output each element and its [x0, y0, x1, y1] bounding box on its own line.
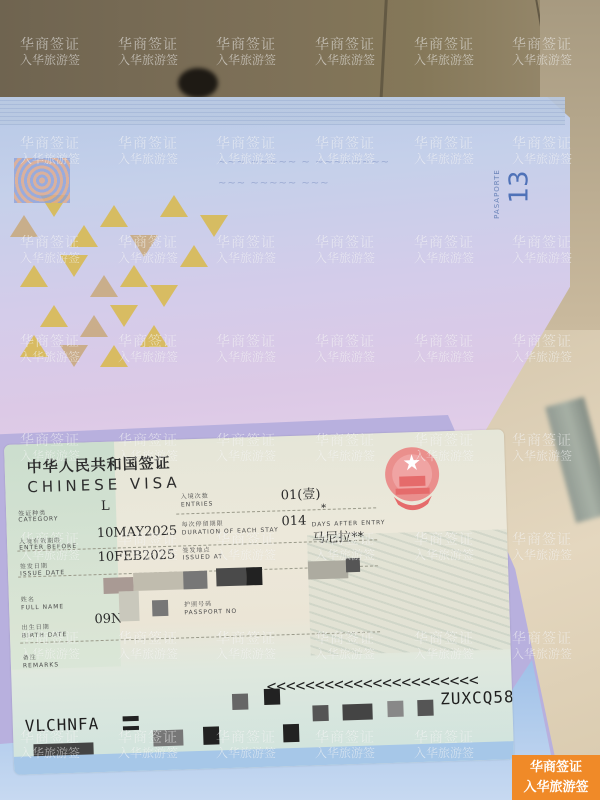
full-name-label: 姓名 — [21, 594, 35, 603]
redacted-block — [119, 591, 140, 622]
pattern-triangle — [110, 305, 138, 327]
national-emblem-icon — [382, 443, 442, 513]
mrz-line-2-start: VLCHNFA — [25, 714, 100, 735]
duration-value: 014 — [281, 514, 306, 530]
pattern-triangle — [100, 205, 128, 227]
passport-no-label: 护照号码 — [184, 599, 212, 609]
duration-label: 每次停留期限 — [181, 518, 223, 528]
category-label-en: CATEGORY — [18, 515, 58, 523]
redacted-block — [203, 726, 220, 744]
brand-badge-line2: 入华旅游签 — [512, 778, 600, 798]
redacted-block — [308, 560, 349, 579]
page-number: 13 — [505, 170, 535, 203]
redacted-block — [152, 600, 168, 616]
photo-scene: ~~~ ~~~~~ ~ ~~~~~~~~ ~~~ ~~~~~ ~~~ PASAP… — [0, 0, 600, 800]
redacted-block — [153, 730, 183, 747]
pattern-triangle — [70, 225, 98, 247]
redacted-block — [417, 700, 433, 716]
pattern-triangle — [10, 215, 38, 237]
entries-label: 入境次数 — [181, 491, 209, 501]
pattern-triangle — [100, 345, 128, 367]
page-number-label: PASAPORTE — [493, 169, 501, 219]
birth-date-label-en: BIRTH DATE — [22, 631, 68, 639]
pattern-triangle — [90, 275, 118, 297]
category-value: L — [101, 499, 110, 514]
enter-before-value: 10MAY2025 — [97, 524, 178, 542]
brand-badge-line1: 华商签证 — [512, 758, 600, 778]
redacted-block — [342, 704, 372, 721]
redacted-block — [387, 701, 403, 717]
redacted-block — [123, 726, 139, 731]
pattern-triangle — [20, 335, 48, 357]
pattern-triangle — [20, 265, 48, 287]
mrz-line-2-end: ZUXCQ58 — [440, 687, 514, 708]
full-name-label-en: FULL NAME — [21, 603, 64, 611]
hologram-icon — [14, 158, 70, 203]
redacted-block — [246, 567, 263, 585]
page-faint-text: ~~~ ~~~~~ ~~~ — [218, 178, 330, 189]
redacted-block — [123, 716, 139, 722]
pattern-triangle — [80, 315, 108, 337]
redacted-block — [346, 558, 360, 572]
redacted-block — [283, 724, 300, 742]
issued-at-label-en: ISSUED AT — [183, 553, 224, 561]
great-wall-artwork — [307, 529, 511, 655]
pattern-triangle — [40, 305, 68, 327]
brand-badge: 华商签证 入华旅游签 — [512, 755, 600, 800]
passport-no-label-en: PASSPORT NO — [184, 608, 237, 617]
pattern-triangle — [140, 325, 168, 347]
pattern-triangle — [130, 235, 158, 257]
duration-mark: * — [321, 503, 326, 514]
pattern-triangle — [200, 215, 228, 237]
birth-date-label: 出生日期 — [22, 622, 50, 632]
pattern-triangle — [60, 345, 88, 367]
background-cardboard — [0, 0, 600, 110]
redacted-block — [312, 705, 328, 721]
page-faint-text: ~~~ ~~~~~ ~ ~~~~~~~~ — [218, 157, 390, 168]
redacted-block — [183, 571, 208, 590]
pattern-triangle — [150, 285, 178, 307]
remarks-label-en: REMARKS — [23, 661, 59, 669]
visa-title-en: CHINESE VISA — [27, 473, 181, 496]
background-hole — [178, 68, 218, 98]
pattern-triangle — [120, 265, 148, 287]
visa-sticker: 中华人民共和国签证 CHINESE VISA 签证种类 CATEGORY L 入… — [4, 429, 514, 775]
divider — [176, 507, 376, 514]
entries-label-en: ENTRIES — [181, 500, 214, 508]
entries-value: 01(壹) — [280, 483, 320, 503]
redacted-block — [232, 693, 248, 709]
pattern-triangle — [160, 195, 188, 217]
passport-page-edges — [0, 97, 565, 125]
pattern-triangle — [60, 255, 88, 277]
issue-date-value: 10FEB2025 — [97, 548, 175, 565]
redacted-block — [216, 567, 247, 586]
issued-at-value: 马尼拉** — [312, 526, 365, 547]
redacted-block — [264, 688, 280, 704]
remarks-label: 备注 — [23, 652, 37, 661]
pattern-triangle — [180, 245, 208, 267]
